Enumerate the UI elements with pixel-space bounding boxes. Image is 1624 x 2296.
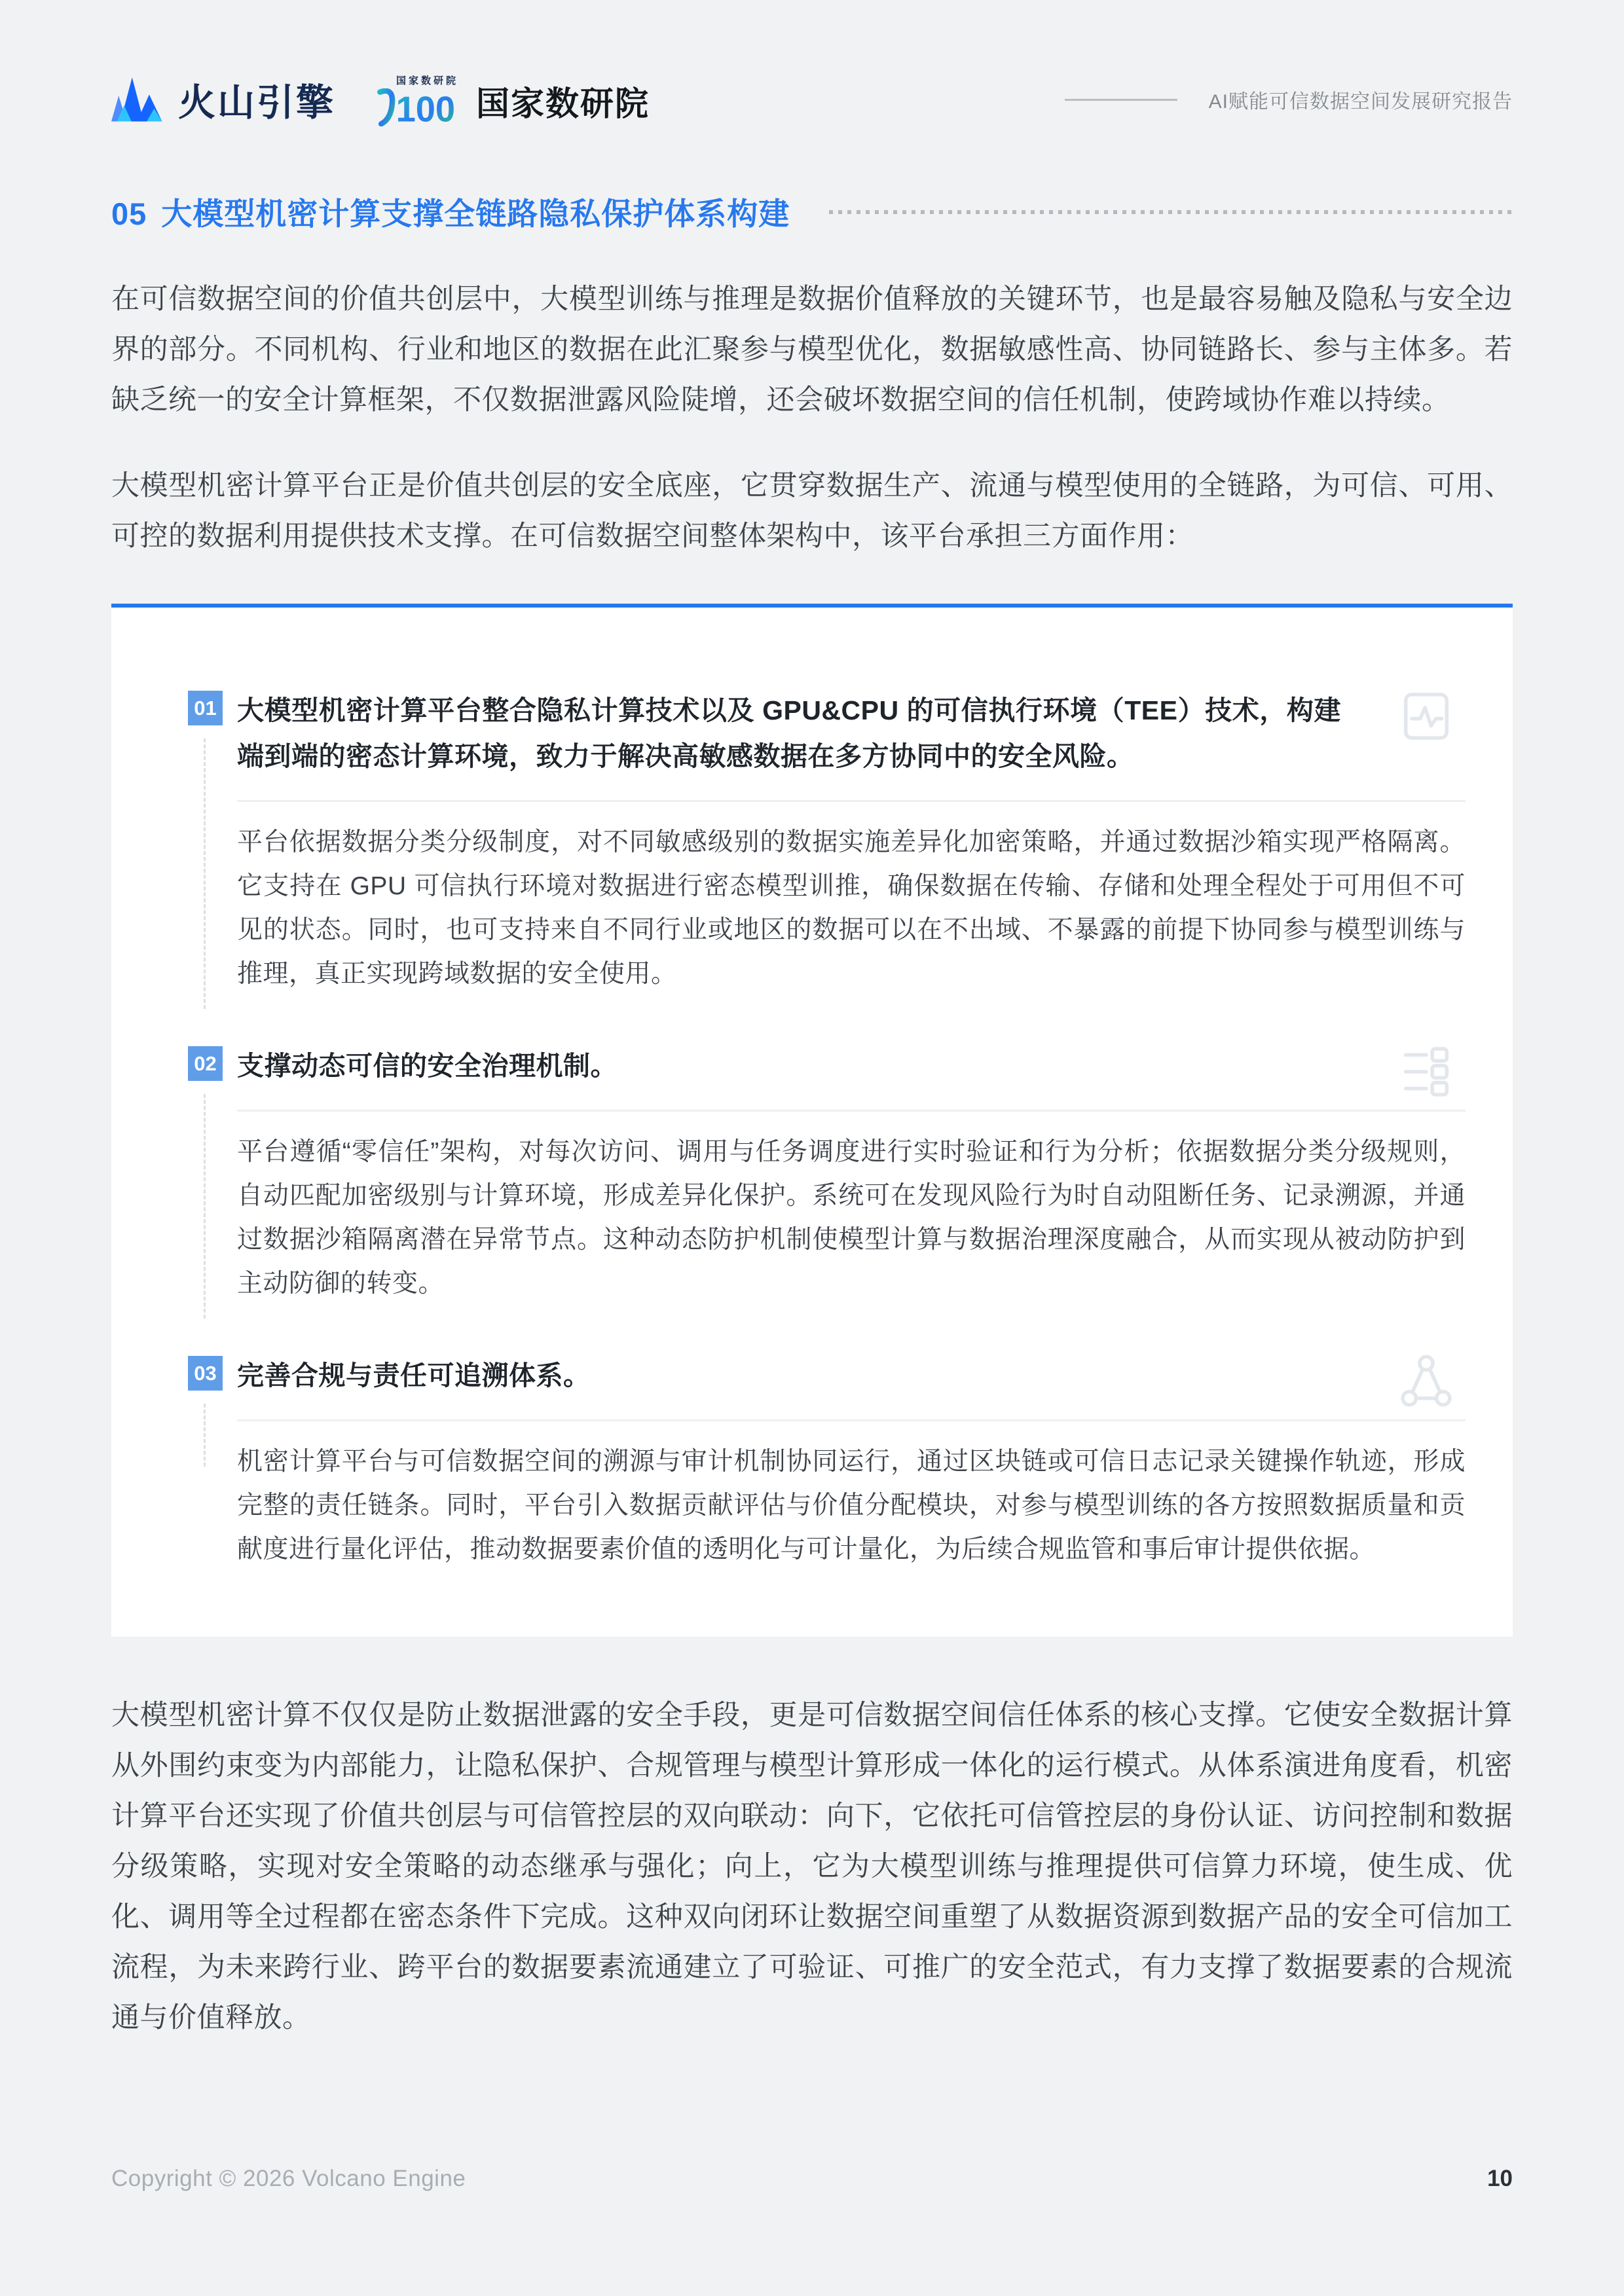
item-divider (237, 1110, 1466, 1112)
page-footer: Copyright © 2026 Volcano Engine 10 (111, 2166, 1513, 2192)
njy-logo-text: 国家数研院 (476, 77, 650, 126)
item-divider (237, 800, 1466, 802)
item-number-badge: 01 (188, 691, 223, 725)
item-body: 机密计算平台与可信数据空间的溯源与审计机制协同运行，通过区块链或可信日志记录关键… (237, 1440, 1466, 1571)
monitor-pulse-icon (1396, 686, 1456, 746)
item-heading: 完善合规与责任可追溯体系。 (237, 1353, 1466, 1398)
header-divider (1065, 99, 1177, 101)
njy-100-icon: 100 (371, 88, 470, 126)
intro-paragraph-2: 大模型机密计算平台正是价值共创层的安全底座，它贯穿数据生产、流通与模型使用的全链… (111, 461, 1513, 562)
item-divider (237, 1419, 1466, 1421)
item-body: 平台依据数据分类分级制度，对不同敏感级别的数据实施差异化加密策略，并通过数据沙箱… (237, 820, 1466, 996)
copyright-text: Copyright © 2026 Volcano Engine (111, 2166, 466, 2192)
report-title: AI赋能可信数据空间发展研究报告 (1209, 85, 1513, 114)
volcano-engine-logo: 火山引擎 (111, 73, 335, 126)
section-number: 05 (111, 196, 147, 231)
card-item-01: 01 大模型机密计算平台整合隐私计算技术以及 GPU&CPU 的可信执行环境（T… (111, 687, 1466, 996)
njy-logo: 国家数研院 100 国家数研院 (371, 73, 650, 126)
checklist-icon (1396, 1042, 1456, 1102)
network-nodes-icon (1396, 1351, 1456, 1412)
njy-logo-tiny-text: 国家数研院 (396, 73, 458, 87)
page-content: 05大模型机密计算支撑全链路隐私保护体系构建 在可信数据空间的价值共创层中，大模… (0, 190, 1624, 2043)
volcano-mountain-icon (111, 73, 166, 126)
page-header: 火山引擎 国家数研院 100 国家数研院 (0, 0, 1624, 131)
card-item-02: 02 支撑动态可信的安全治理机制。 平台遵循“零信任”架构，对每次访问、调用与任… (111, 1043, 1466, 1305)
item-number-badge: 02 (188, 1046, 223, 1081)
njy-logo-mark: 国家数研院 100 (371, 73, 470, 126)
section-dotted-rule (829, 210, 1513, 214)
section-title-row: 05大模型机密计算支撑全链路隐私保护体系构建 (111, 190, 1513, 234)
card-item-03: 03 完善合规与责任可追溯体系。 机密计算平台与可信数据空间的溯源与审计机制协同… (111, 1353, 1466, 1571)
item-body: 平台遵循“零信任”架构，对每次访问、调用与任务调度进行实时验证和行为分析；依据数… (237, 1130, 1466, 1305)
report-page: 火山引擎 国家数研院 100 国家数研院 (0, 0, 1624, 2296)
key-points-card: 01 大模型机密计算平台整合隐私计算技术以及 GPU&CPU 的可信执行环境（T… (111, 604, 1513, 1637)
page-number: 10 (1487, 2166, 1513, 2192)
svg-text:100: 100 (396, 90, 456, 126)
volcano-logo-text: 火山引擎 (178, 73, 335, 126)
section-title: 05大模型机密计算支撑全链路隐私保护体系构建 (111, 190, 790, 234)
intro-paragraph-1: 在可信数据空间的价值共创层中，大模型训练与推理是数据价值释放的关键环节，也是最容… (111, 274, 1513, 426)
item-heading: 大模型机密计算平台整合隐私计算技术以及 GPU&CPU 的可信执行环境（TEE）… (237, 687, 1466, 779)
item-number-badge: 03 (188, 1356, 223, 1391)
closing-paragraph: 大模型机密计算不仅仅是防止数据泄露的安全手段，更是可信数据空间信任体系的核心支撑… (111, 1690, 1513, 2043)
item-heading: 支撑动态可信的安全治理机制。 (237, 1043, 1466, 1089)
section-title-text: 大模型机密计算支撑全链路隐私保护体系构建 (161, 196, 790, 231)
